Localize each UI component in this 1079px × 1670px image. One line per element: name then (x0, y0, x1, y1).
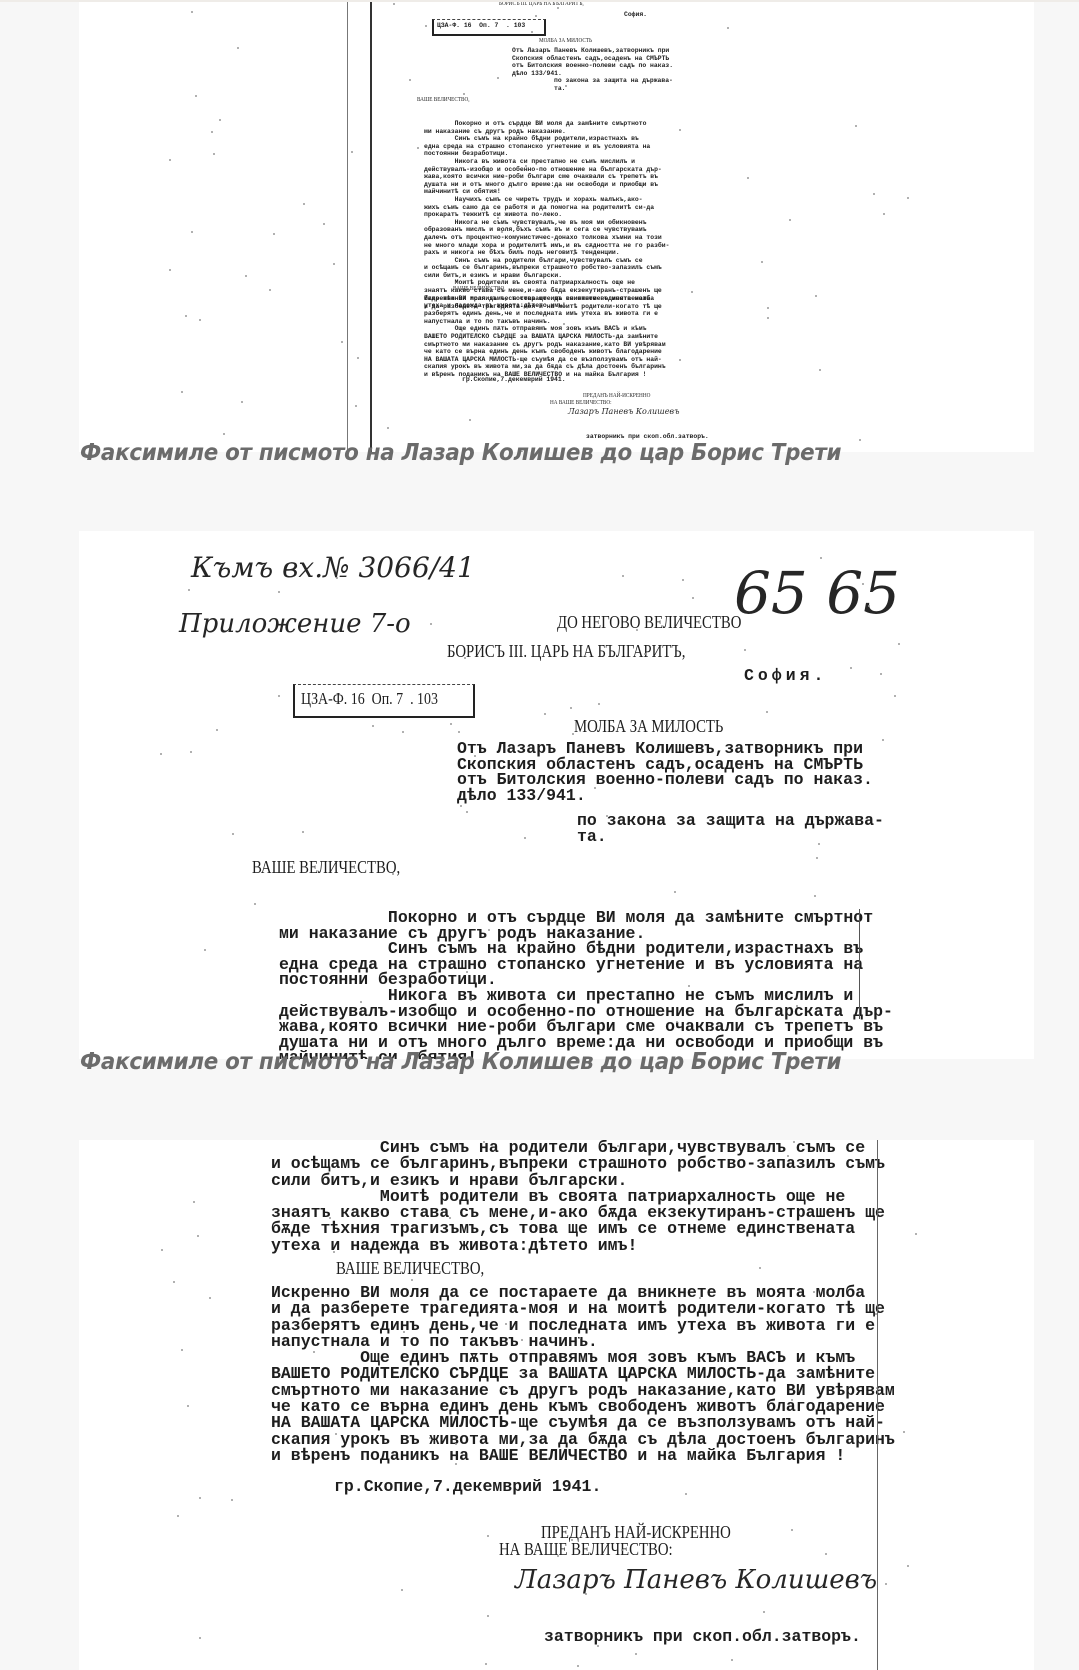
letter-city: София. (744, 668, 827, 684)
scan-speck (278, 695, 280, 697)
scan-speck (191, 11, 193, 13)
scan-speck (557, 7, 559, 9)
scan-speck (392, 873, 394, 875)
scan-speck (487, 1615, 489, 1617)
scan-speck (763, 1611, 765, 1613)
closing-line-2: НА ВАШЕ ВЕЛИЧЕСТВО: (499, 1540, 673, 1558)
scan-speck (688, 985, 690, 987)
scan-speck (903, 1431, 905, 1433)
scan-speck (819, 369, 821, 371)
scan-speck (882, 739, 884, 741)
scan-speck (759, 1267, 761, 1269)
scan-speck (355, 405, 357, 407)
letter-header-line: БОРИСЪ III. ЦАРЬ НА БЪЛГАРИТЪ, (499, 2, 584, 8)
letter-body-2: Искренно ВИ моля да се постараете да вни… (424, 295, 666, 379)
scan-speck (483, 1141, 485, 1143)
letter-line: майчинитѣ си обятия! (424, 188, 669, 196)
scan-speck (469, 419, 471, 421)
scan-speck (401, 1589, 403, 1591)
letter-line: рахъ и никога не бѣхъ билъ подъ неговитѣ… (424, 249, 669, 257)
scan-speck (191, 231, 193, 233)
law-line-text: по закона за защита на държава- (554, 77, 673, 85)
scan-speck (193, 1201, 195, 1203)
scan-speck (173, 1281, 175, 1283)
page-edge-line (347, 2, 348, 452)
from-line: Скопския областенъ садъ,осаденъ на СМЪРТ… (512, 55, 673, 63)
scan-speck (460, 805, 462, 807)
scan-speck (302, 831, 304, 833)
scan-speck (868, 605, 870, 607)
scan-speck (269, 289, 271, 291)
scan-speck (793, 1141, 795, 1143)
scan-speck (341, 341, 343, 343)
scan-speck (187, 1405, 189, 1407)
facsimile-image-1[interactable]: БОРИСЪ III. ЦАРЬ НА БЪЛГАРИТЪ, София. ЦЗ… (79, 2, 1034, 452)
scan-speck (894, 695, 896, 697)
scan-speck (387, 427, 389, 429)
scan-speck (635, 1653, 637, 1655)
scan-speck (425, 335, 427, 337)
closing-line-2: НА ВАШЕ ВЕЛИЧЕСТВО: (550, 399, 612, 407)
figure-caption-2: Факсимиле от писмото на Лазар Колишев до… (80, 1049, 841, 1075)
scan-speck (880, 673, 882, 675)
letter-line: напустнала и то по такъвъ начинъ. (424, 318, 666, 326)
scan-speck (635, 325, 637, 327)
scan-speck (336, 577, 338, 579)
from-line: Отъ Лазаръ Паневъ Колишевъ,затворникъ пр… (512, 47, 673, 55)
scan-speck (815, 295, 817, 297)
scan-speck (521, 1339, 523, 1341)
scan-speck (557, 1555, 559, 1557)
scan-speck (209, 1297, 211, 1299)
letter-line: Научихъ съмъ се чиреть трудъ и хорахь ма… (424, 196, 669, 204)
scan-speck (752, 913, 754, 915)
scan-speck (470, 999, 472, 1001)
letter-footer: затворникъ при скоп.обл.затворъ. (544, 1629, 861, 1645)
scan-speck (455, 1443, 457, 1445)
letter-line: че като се върна единъ день къмъ свободе… (424, 348, 666, 356)
from-line: отъ Битолския военно-полеви садъ по нака… (512, 62, 673, 70)
scan-speck (818, 843, 820, 845)
scan-speck (873, 193, 875, 195)
scan-speck (278, 591, 280, 593)
facsimile-image-2[interactable]: Къмъ вх.№ 3066/41 Приложение 7-о 65 65 Д… (79, 531, 1034, 1059)
scan-speck (430, 623, 432, 625)
scan-speck (458, 731, 460, 733)
scan-speck (691, 291, 693, 293)
letter-line: Никога въ живота си престапно не съмъ ми… (424, 158, 669, 166)
scan-speck (674, 891, 676, 893)
salutation-2: ВАШЕ ВЕЛИЧЕСТВО, (453, 285, 506, 293)
scan-speck (190, 751, 192, 753)
scan-speck (425, 25, 427, 27)
letter-line: жава,която всички ние-роби българи сме о… (424, 173, 669, 181)
letter-line: прокаратъ тежкитѣ си живота по-леко. (424, 211, 669, 219)
letter-line: ВАШЕТО РОДИТЕЛСКО СЪРДЦЕ за ВАШАТА ЦАРСК… (424, 333, 666, 341)
letter-line: образованъ мислъ и воля,бъхъ съмъ въ и с… (424, 226, 669, 234)
scan-speck (676, 1021, 678, 1023)
scan-speck (403, 1331, 405, 1333)
law-line-text: та. (554, 85, 673, 93)
scan-speck (241, 401, 243, 403)
scan-speck (463, 93, 465, 95)
scan-speck (859, 439, 861, 441)
scan-speck (409, 79, 411, 81)
scan-speck (333, 263, 335, 265)
signature: Лазаръ Паневъ Колишевъ (515, 1565, 877, 1595)
scan-speck (535, 15, 537, 17)
scan-speck (509, 1387, 511, 1389)
scan-speck (699, 1297, 701, 1299)
scan-speck (485, 1663, 487, 1665)
letter-header-line: БОРИСЪ III. ЦАРЬ НА БЪЛГАРИТЪ, (447, 642, 685, 660)
scan-speck (503, 1391, 505, 1393)
scan-speck (749, 1457, 751, 1459)
scan-speck (885, 1583, 887, 1585)
scan-speck (685, 1493, 687, 1495)
scan-speck (161, 1249, 163, 1251)
scan-speck (692, 597, 694, 599)
salutation: ВАШЕ ВЕЛИЧЕСТВО, (336, 1259, 484, 1277)
scan-speck (327, 1295, 329, 1297)
margin-line (859, 909, 860, 1019)
letter-line: Искренно ВИ моля да се постараете да вни… (424, 295, 666, 303)
scan-speck (254, 903, 256, 905)
scan-speck (204, 949, 206, 951)
scan-speck (351, 151, 353, 153)
letter-line: далечъ отъ процентно-комунистичес-донахо… (424, 234, 669, 242)
scan-speck (199, 1637, 201, 1639)
scan-speck (524, 837, 526, 839)
letter-line: и осѣщамъ се българинъ,въпреки страшното… (424, 264, 669, 272)
scan-speck (786, 819, 788, 821)
scan-speck (606, 815, 608, 817)
scan-speck (199, 1497, 201, 1499)
scan-speck (411, 1279, 413, 1281)
scan-speck (450, 723, 452, 725)
letter-line: Покорно и отъ сърдце ВИ моля да замѣните… (424, 120, 669, 128)
scan-speck (679, 359, 681, 361)
scan-speck (188, 589, 190, 591)
scan-speck (219, 119, 221, 121)
scan-speck (761, 261, 763, 263)
scan-speck (767, 307, 769, 309)
scan-speck (313, 1351, 315, 1353)
scan-speck (781, 1209, 783, 1211)
scan-speck (466, 811, 468, 813)
scan-speck (372, 725, 374, 727)
scan-speck (597, 1645, 599, 1647)
scan-speck (789, 219, 791, 221)
scan-speck (213, 153, 215, 155)
scan-speck (197, 1235, 199, 1237)
scan-speck (464, 657, 466, 659)
place-date: гр.Скопие,7.декемврий 1941. (462, 376, 566, 384)
scan-speck (169, 159, 171, 161)
scan-speck (727, 27, 729, 29)
archive-stamp-text: ЦЗА-Ф. 16 Оп. 7 . 103 (437, 22, 525, 30)
scan-speck (767, 317, 769, 319)
scan-speck (740, 765, 742, 767)
scan-speck (598, 703, 600, 705)
archive-stamp: ЦЗА-Ф. 16 Оп. 7 . 103 (432, 19, 546, 36)
letter-line: и вѣренъ поданикъ на ВАШЕ ВЕЛИЧЕСТВО и н… (271, 1448, 895, 1464)
scan-speck (915, 1233, 917, 1235)
scan-speck (621, 1549, 623, 1551)
scan-speck (335, 1433, 337, 1435)
letter-line: Още единъ пѫть отправямъ моя зовъ къмъ В… (424, 325, 666, 333)
figure-caption-1: Факсимиле от писмото на Лазар Колишев до… (80, 440, 841, 466)
scan-speck (232, 833, 234, 835)
scan-speck (333, 1251, 335, 1253)
scan-speck (570, 707, 572, 709)
scan-speck (766, 711, 768, 713)
scan-speck (679, 129, 681, 131)
scan-speck (708, 1029, 710, 1031)
scan-speck (585, 1593, 587, 1595)
letter-body: Покорно и отъ сърдце ВИ моля да замѣните… (424, 120, 669, 310)
scan-speck (195, 95, 197, 97)
scan-speck (791, 1529, 793, 1531)
scan-speck (360, 1001, 362, 1003)
letter-line: разберятъ единъ день,че и последната имъ… (424, 310, 666, 318)
scan-speck (487, 1535, 489, 1537)
scan-speck (423, 1181, 425, 1183)
letter-addressee: ДО НЕГОВО ВЕЛИЧЕСТВО (557, 613, 741, 631)
scan-speck (659, 1377, 661, 1379)
scan-speck (813, 1291, 815, 1293)
letter-line: постоянни безработици. (424, 150, 669, 158)
letter-body: Синъ съмъ на родители българи,чувствувал… (271, 1140, 885, 1254)
scan-speck (474, 755, 476, 757)
letter-title: МОЛБА ЗА МИЛОСТЬ (539, 37, 592, 45)
handwritten-page-number: 65 65 (734, 559, 900, 627)
scan-speck (579, 1337, 581, 1339)
scan-speck (303, 203, 305, 205)
scan-speck (855, 125, 857, 127)
scan-speck (497, 77, 499, 79)
scan-speck (791, 1399, 793, 1401)
from-line: дѣло 133/941. (457, 788, 873, 804)
scan-speck (862, 583, 864, 585)
scan-speck (682, 579, 684, 581)
letter-line: скапия урокъ въ живота ми,за да бѫда съ … (424, 363, 666, 371)
scan-speck (816, 857, 818, 859)
scan-speck (455, 1463, 457, 1465)
scan-speck (577, 1665, 579, 1667)
scan-speck (571, 1539, 573, 1541)
letter-city: София. (624, 11, 647, 19)
scan-speck (644, 653, 646, 655)
scan-speck (747, 177, 749, 179)
scan-speck (199, 319, 201, 321)
scan-speck (563, 323, 565, 325)
scan-speck (907, 197, 909, 199)
scan-speck (211, 131, 213, 133)
scan-speck (825, 1553, 827, 1555)
from-block: Отъ Лазаръ Паневъ Колишевъ,затворникъ пр… (457, 741, 873, 803)
salutation: ВАШЕ ВЕЛИЧЕСТВО, (252, 858, 400, 876)
scan-speck (731, 1659, 733, 1661)
scan-speck (531, 31, 533, 33)
scan-speck (525, 165, 527, 167)
letter-body-2: Искренно ВИ моля да се постараете да вни… (271, 1285, 895, 1464)
scan-speck (875, 1313, 877, 1315)
scan-speck (744, 649, 746, 651)
scan-speck (429, 1437, 431, 1439)
scan-speck (160, 753, 162, 755)
page-edge-line (370, 2, 372, 452)
scan-speck (273, 233, 275, 235)
scan-speck (393, 3, 395, 5)
scan-speck (488, 929, 490, 931)
law-line-text: по закона за защита на държава- (577, 813, 884, 829)
law-line: по закона за защита на държава- та. (577, 813, 884, 844)
scan-speck (216, 729, 218, 731)
scan-speck (883, 213, 885, 215)
scan-speck (566, 919, 568, 921)
signature: Лазаръ Паневъ Колишевъ (568, 407, 679, 416)
place-date: гр.Скопие,7.декемврий 1941. (334, 1479, 601, 1495)
scan-speck (850, 667, 852, 669)
salutation: ВАШЕ ВЕЛИЧЕСТВО, (417, 96, 470, 104)
scan-speck (796, 1005, 798, 1007)
scan-speck (181, 1349, 183, 1351)
margin-line (877, 1140, 878, 1670)
scan-speck (820, 557, 822, 559)
scan-speck (898, 643, 900, 645)
law-line-text: та. (577, 829, 884, 845)
handwritten-note-2: Приложение 7-о (179, 609, 411, 639)
scan-speck (505, 1323, 507, 1325)
letter-line: утеха и надежда въ живота:дѣтето имъ! (271, 1238, 885, 1254)
letter-line: не много млади хора и родителитѣ имъ,и в… (424, 242, 669, 250)
scan-speck (565, 85, 567, 87)
scan-speck (169, 269, 171, 271)
law-line: по закона за защита на държава- та. (554, 77, 673, 92)
from-block: Отъ Лазаръ Паневъ Колишевъ,затворникъ пр… (512, 47, 673, 77)
archive-stamp: ЦЗА-Ф. 16 Оп. 7 . 103 (293, 684, 475, 718)
scan-speck (417, 147, 419, 149)
letter-title: МОЛБА ЗА МИЛОСТЬ (574, 717, 723, 735)
scan-speck (622, 575, 624, 577)
scan-speck (245, 275, 247, 277)
letter-line: жихъ съмъ само да се работя и да помогна… (424, 204, 669, 212)
archive-stamp-text: ЦЗА-Ф. 16 Оп. 7 . 103 (301, 690, 438, 708)
scan-speck (357, 357, 359, 359)
scan-speck (177, 1515, 179, 1517)
scan-speck (185, 315, 187, 317)
scan-speck (594, 787, 596, 789)
scan-speck (497, 217, 499, 219)
scan-speck (573, 253, 575, 255)
scan-speck (814, 895, 816, 897)
letter-line: Синъ съмъ на крайно бѣдни родители,израс… (424, 135, 669, 143)
scan-speck (402, 731, 404, 733)
scan-speck (636, 629, 638, 631)
scan-speck (907, 1565, 909, 1567)
scan-speck (617, 1145, 619, 1147)
scan-speck (181, 391, 183, 393)
scan-speck (231, 1499, 233, 1501)
scan-speck (787, 1155, 789, 1157)
scan-speck (544, 713, 546, 715)
scan-speck (223, 433, 225, 435)
scan-speck (848, 777, 850, 779)
scan-speck (237, 47, 239, 49)
scan-speck (501, 231, 503, 233)
scan-speck (329, 1217, 331, 1219)
scan-speck (572, 733, 574, 735)
scan-speck (466, 971, 468, 973)
handwritten-note-1: Къмъ вх.№ 3066/41 (191, 551, 475, 584)
letter-body: Покорно и отъ сърдце ВИ моля да замѣните… (279, 910, 893, 1059)
facsimile-image-3[interactable]: Синъ съмъ на родители българи,чувствувал… (79, 1140, 1034, 1670)
scan-speck (449, 1217, 451, 1219)
scan-speck (323, 223, 325, 225)
